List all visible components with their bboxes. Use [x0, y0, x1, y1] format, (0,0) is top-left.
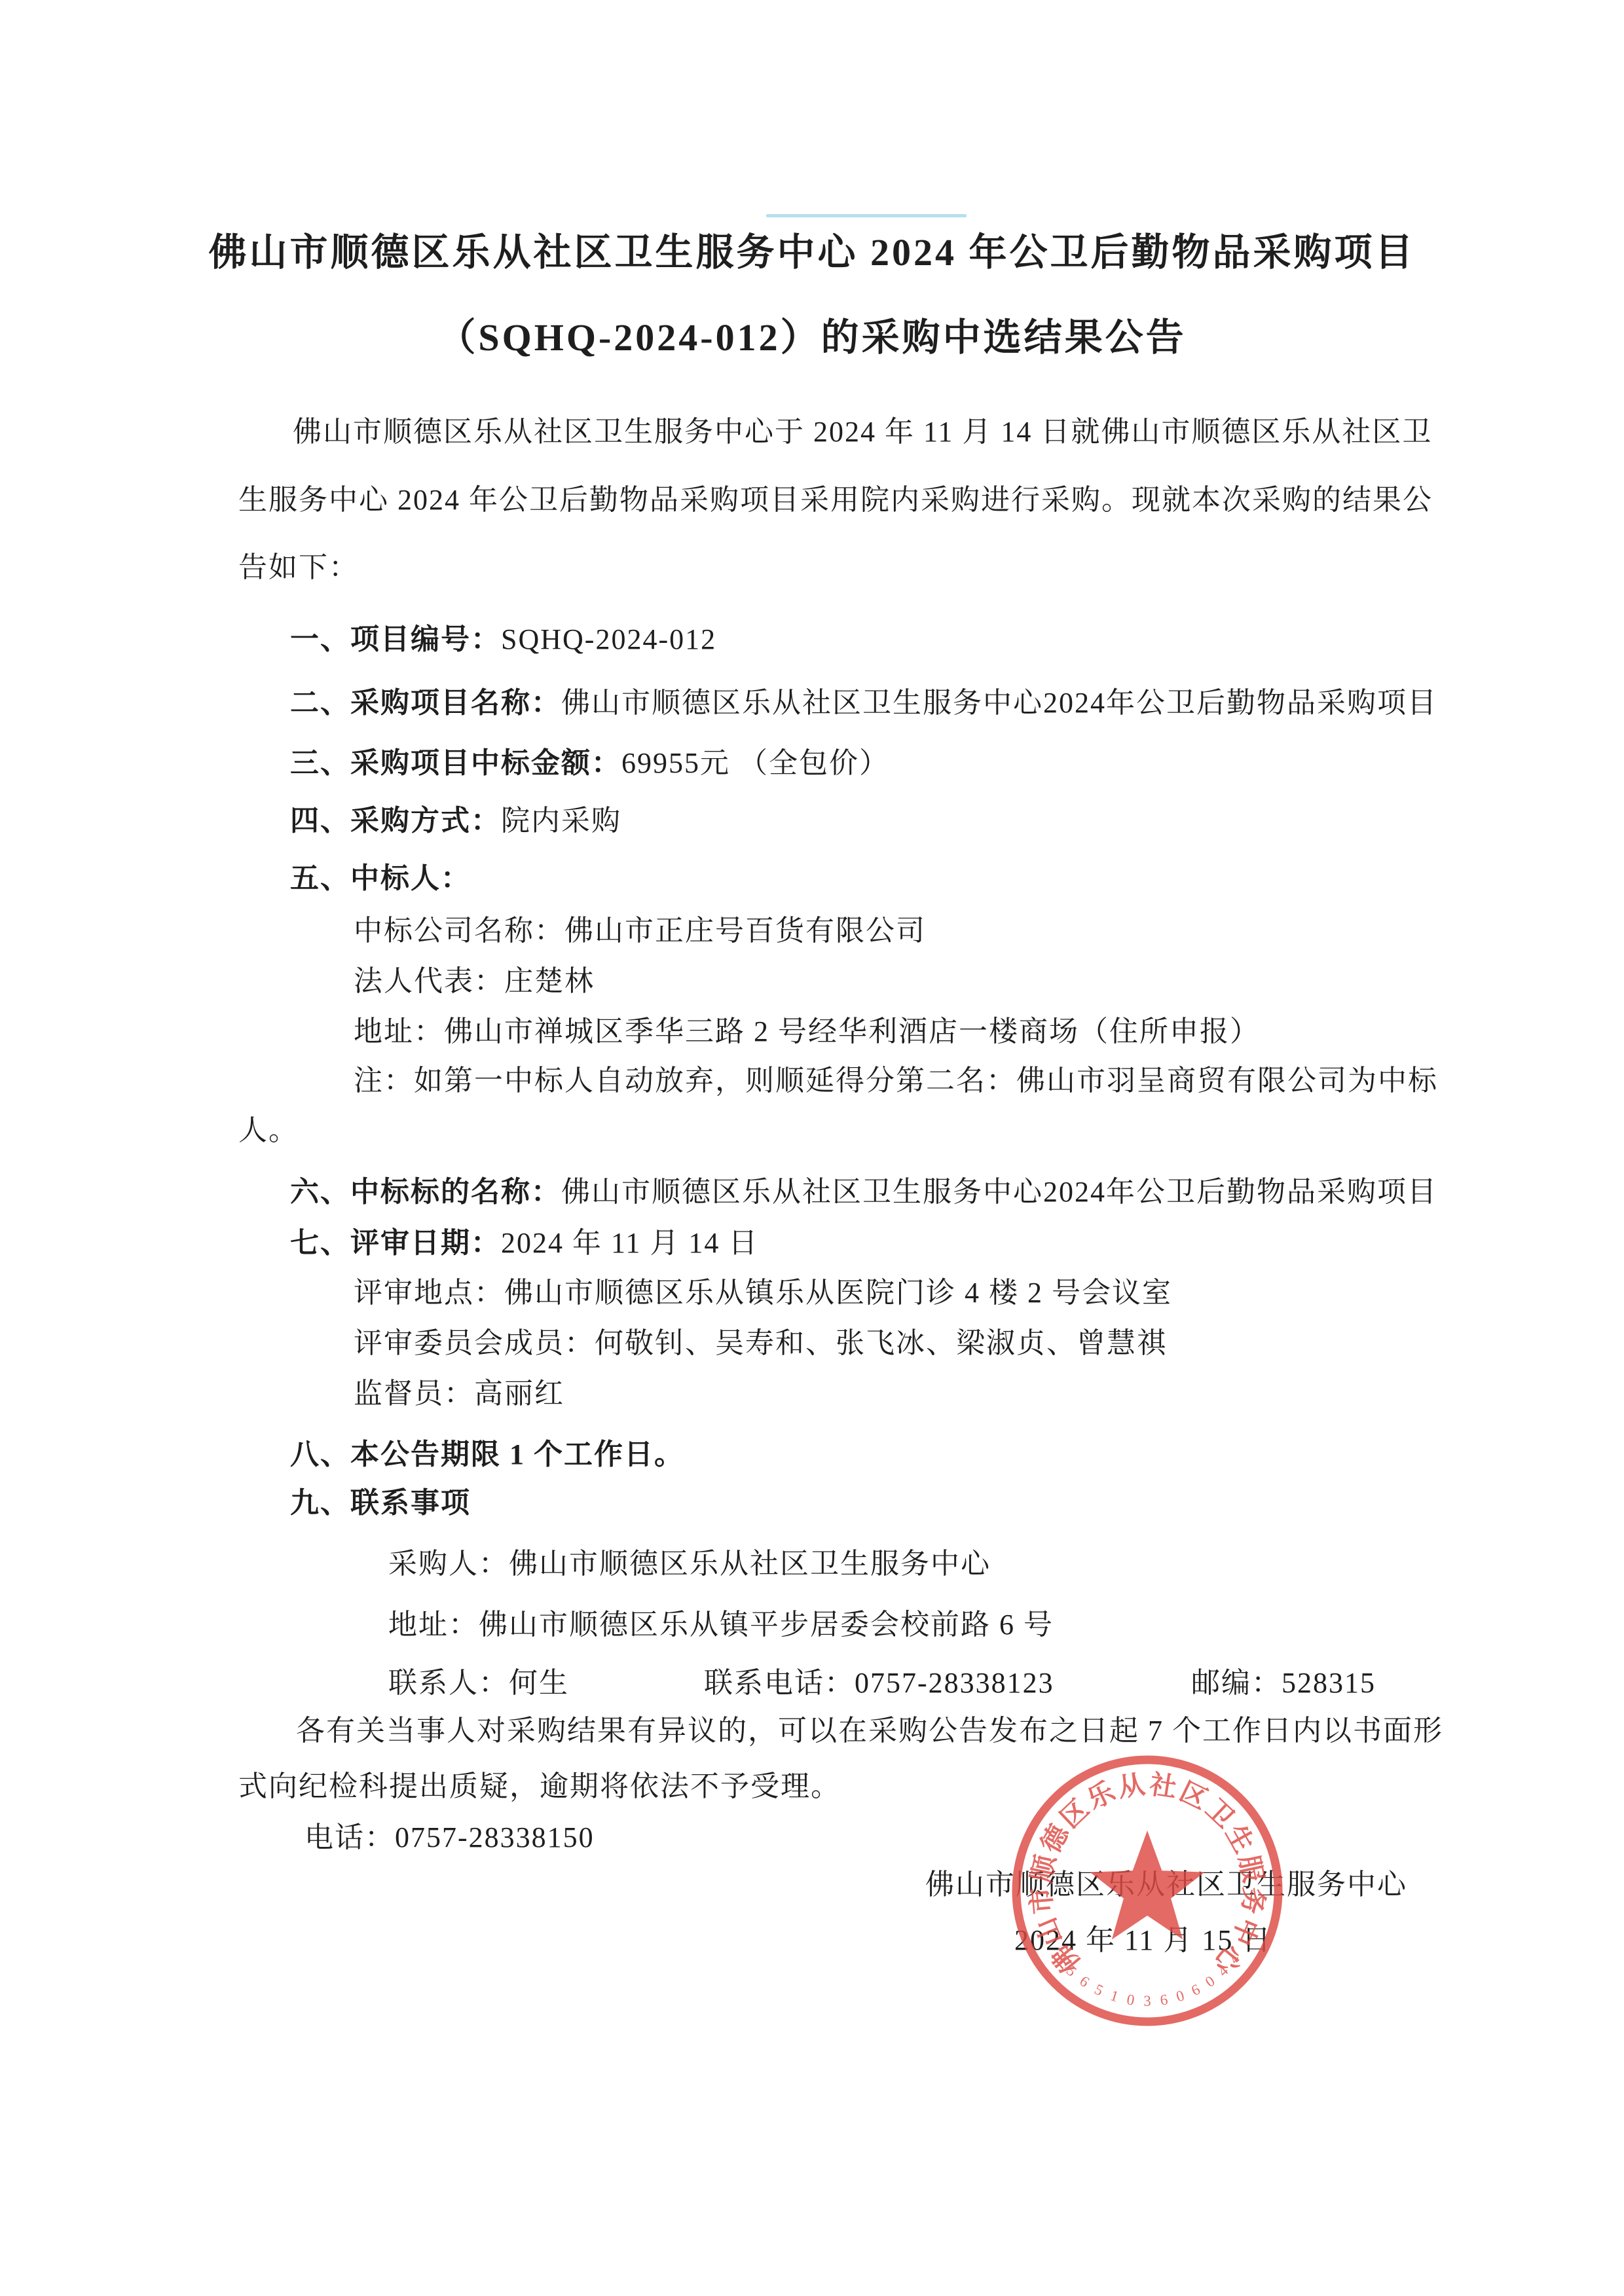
contact-phone: 联系电话：0757-28338123	[704, 1666, 1054, 1701]
svg-text:卫: 卫	[1200, 1793, 1240, 1834]
objection-line-2: 式向纪检科提出质疑，逾期将依法不予受理。	[238, 1770, 841, 1804]
svg-text:0: 0	[1202, 1973, 1218, 1990]
doc-title-line1: 佛山市顺德区乐从社区卫生服务中心 2024 年公卫后勤物品采购项目	[0, 221, 1624, 276]
svg-text:0: 0	[1126, 1991, 1135, 2008]
intro-line-3: 告如下：	[238, 551, 359, 585]
item-4-procurement-method: 四、采购方式：院内采购	[290, 804, 621, 839]
winner-company-line: 中标公司名称：佛山市正庄号百货有限公司	[354, 914, 926, 949]
item-2-label: 二、采购项目名称：	[290, 687, 561, 719]
item-7-value: 2024 年 11 月 14 日	[501, 1227, 758, 1259]
item-5-winner-heading: 五、中标人：	[290, 862, 471, 896]
svg-text:1: 1	[1109, 1987, 1120, 2005]
item-3-label: 三、采购项目中标金额：	[290, 747, 621, 779]
item-6-label: 六、中标标的名称：	[290, 1176, 561, 1208]
review-supervisor-line: 监督员：高丽红	[354, 1377, 564, 1412]
review-place-line: 评审地点：佛山市顺德区乐从镇乐从医院门诊 4 楼 2 号会议室	[354, 1276, 1172, 1311]
scan-artifact-streak	[766, 214, 967, 217]
item-6-award-subject: 六、中标标的名称：佛山市顺德区乐从社区卫生服务中心2024年公卫后勤物品采购项目	[290, 1175, 1437, 1210]
svg-text:乐: 乐	[1082, 1776, 1120, 1815]
item-7-label: 七、评审日期：	[290, 1227, 501, 1259]
item-4-value: 院内采购	[501, 805, 621, 837]
contact-address-line: 地址：佛山市顺德区乐从镇平步居委会校前路 6 号	[388, 1608, 1054, 1643]
winner-note-line2: 人。	[238, 1114, 299, 1148]
item-3-value: 69955元 （全包价）	[621, 747, 889, 779]
item-9-contact-heading: 九、联系事项	[290, 1486, 471, 1521]
svg-text:区: 区	[1054, 1793, 1094, 1834]
svg-text:4: 4	[1215, 1962, 1232, 1979]
item-7-review-date: 七、评审日期：2024 年 11 月 14 日	[290, 1226, 758, 1261]
winner-legal-rep-line: 法人代表：庄楚林	[354, 964, 595, 999]
signature-date: 2024 年 11 月 15 日	[1014, 1923, 1272, 1958]
item-1-value: SQHQ-2024-012	[501, 623, 716, 655]
svg-text:德: 德	[1035, 1819, 1075, 1858]
item-8-notice-period: 八、本公告期限 1 个工作日。	[290, 1438, 684, 1472]
svg-text:6: 6	[1159, 1991, 1169, 2008]
doc-title-line2: （SQHQ-2024-012）的采购中选结果公告	[0, 306, 1624, 361]
signature-org: 佛山市顺德区乐从社区卫生服务中心	[925, 1868, 1407, 1903]
svg-text:社: 社	[1148, 1769, 1179, 1803]
contact-buyer-line: 采购人：佛山市顺德区乐从社区卫生服务中心	[388, 1547, 991, 1582]
intro-line-1: 佛山市顺德区乐从社区卫生服务中心于 2024 年 11 月 14 日就佛山市顺德…	[293, 415, 1432, 450]
intro-line-2: 生服务中心 2024 年公卫后勤物品采购项目采用院内采购进行采购。现就本次采购的…	[238, 483, 1433, 518]
svg-text:区: 区	[1175, 1776, 1213, 1815]
objection-line-1: 各有关当事人对采购结果有异议的，可以在采购公告发布之日起 7 个工作日内以书面形	[296, 1714, 1443, 1749]
svg-text:5: 5	[1092, 1981, 1105, 1999]
contact-postcode: 邮编：528315	[1191, 1666, 1376, 1701]
winner-note-line1: 注：如第一中标人自动放弃，则顺延得分第二名：佛山市羽呈商贸有限公司为中标	[354, 1064, 1438, 1099]
item-6-value: 佛山市顺德区乐从社区卫生服务中心2024年公卫后勤物品采购项目	[561, 1176, 1437, 1208]
item-5-label: 五、中标人：	[290, 862, 471, 894]
item-2-value: 佛山市顺德区乐从社区卫生服务中心2024年公卫后勤物品采购项目	[561, 687, 1437, 719]
svg-text:生: 生	[1220, 1819, 1259, 1857]
svg-text:5: 5	[1063, 1963, 1080, 1980]
item-3-award-amount: 三、采购项目中标金额：69955元 （全包价）	[290, 746, 889, 781]
svg-text:3: 3	[1143, 1993, 1151, 2009]
svg-text:从: 从	[1116, 1769, 1147, 1803]
seal-code-digits: 4406063015653	[1052, 1950, 1244, 2009]
scanned-announcement-page: 佛山市顺德区乐从社区卫生服务中心 2024 年公卫后勤物品采购项目 （SQHQ-…	[0, 0, 1624, 2296]
objection-phone-line: 电话：0757-28338150	[304, 1821, 595, 1855]
svg-text:6: 6	[1189, 1981, 1202, 1999]
item-2-project-name: 二、采购项目名称：佛山市顺德区乐从社区卫生服务中心2024年公卫后勤物品采购项目	[290, 686, 1437, 721]
item-1-label: 一、项目编号：	[290, 623, 501, 655]
item-4-label: 四、采购方式：	[290, 805, 501, 837]
winner-address-line: 地址：佛山市禅城区季华三路 2 号经华利酒店一楼商场（住所申报）	[354, 1015, 1260, 1049]
item-1-project-number: 一、项目编号：SQHQ-2024-012	[290, 623, 716, 657]
svg-text:6: 6	[1077, 1973, 1092, 1990]
svg-text:0: 0	[1174, 1987, 1186, 2005]
review-committee-line: 评审委员会成员：何敬钊、吴寿和、张飞冰、梁淑贞、曾慧祺	[354, 1326, 1167, 1361]
contact-person: 联系人：何生	[388, 1666, 569, 1701]
